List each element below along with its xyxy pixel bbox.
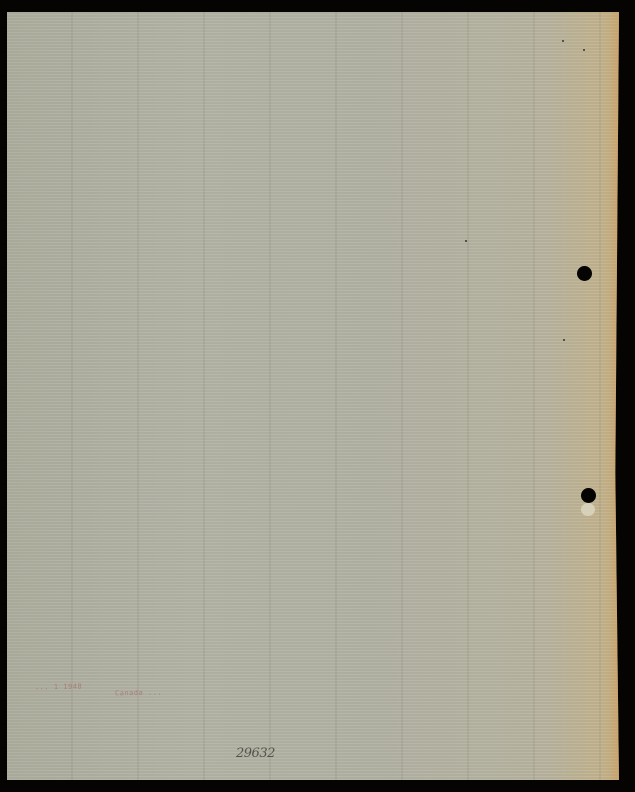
punch-hole-reinforcement <box>581 503 595 516</box>
received-stamp-text: Canada ... <box>115 689 162 698</box>
document-page <box>7 12 619 780</box>
punch-hole <box>581 488 596 503</box>
paper-speck <box>562 40 564 42</box>
paper-speck <box>583 49 585 51</box>
paper-speck <box>563 339 565 341</box>
punch-hole <box>577 266 592 281</box>
folio-number: 29632 <box>236 746 275 761</box>
paper-edge-discoloration <box>609 12 619 780</box>
received-stamp-date: ... 1 1948 <box>35 683 82 692</box>
paper-speck <box>465 240 467 242</box>
